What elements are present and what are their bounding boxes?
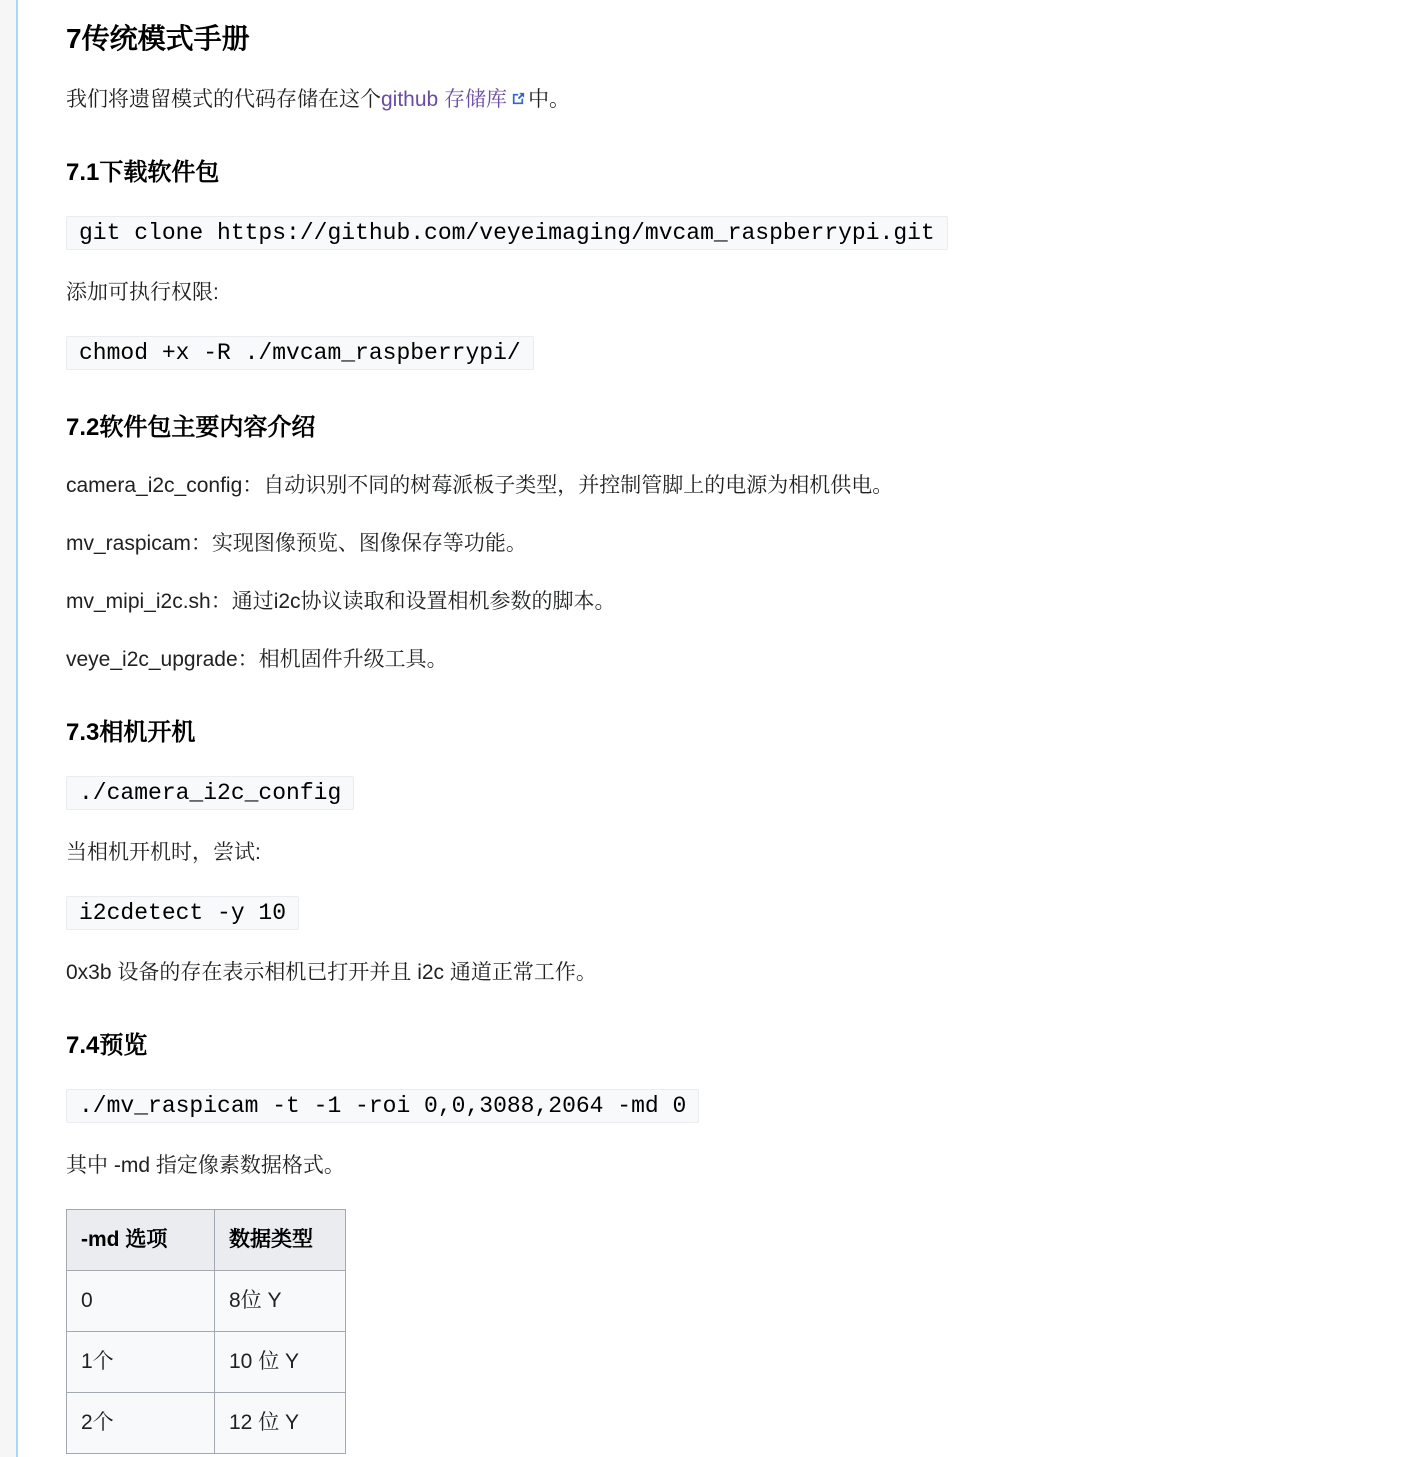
section-heading-7-1: 7.1下载软件包 — [66, 157, 1366, 188]
code-block-camera-config-wrap: ./camera_i2c_config — [66, 776, 1366, 810]
page-title: 7传统模式手册 — [66, 21, 1366, 57]
package-item-mv-raspicam: mv_raspicam：实现图像预览、图像保存等功能。 — [66, 529, 1366, 559]
code-block-git-clone-wrap: git clone https://github.com/veyeimaging… — [66, 216, 1366, 250]
code-block-chmod: chmod +x -R ./mvcam_raspberrypi/ — [66, 336, 534, 370]
section-heading-7-4: 7.4预览 — [66, 1030, 1366, 1061]
chmod-label: 添加可执行权限: — [66, 278, 1366, 308]
code-block-preview: ./mv_raspicam -t -1 -roi 0,0,3088,2064 -… — [66, 1089, 699, 1123]
table-header-data-type: 数据类型 — [215, 1210, 346, 1271]
table-cell-type-10bit: 10 位 Y — [215, 1332, 346, 1393]
external-link-icon — [510, 86, 526, 116]
intro-paragraph: 我们将遗留模式的代码存储在这个github 存储库 中。 — [66, 85, 1366, 115]
github-repo-link-label: github 存储库 — [381, 88, 507, 111]
table-cell-md-2: 2个 — [67, 1393, 215, 1454]
code-block-git-clone: git clone https://github.com/veyeimaging… — [66, 216, 948, 250]
content-left-rail — [0, 0, 18, 1457]
table-row: 0 8位 Y — [67, 1271, 346, 1332]
package-item-veye-i2c-upgrade: veye_i2c_upgrade：相机固件升级工具。 — [66, 645, 1366, 675]
table-cell-md-0: 0 — [67, 1271, 215, 1332]
table-row: 2个 12 位 Y — [67, 1393, 346, 1454]
article-content: 7传统模式手册 我们将遗留模式的代码存储在这个github 存储库 中。 7.1… — [18, 0, 1426, 1457]
package-item-mv-mipi-i2c: mv_mipi_i2c.sh：通过i2c协议读取和设置相机参数的脚本。 — [66, 587, 1366, 617]
github-repo-link[interactable]: github 存储库 — [381, 88, 528, 111]
package-item-camera-i2c-config: camera_i2c_config：自动识别不同的树莓派板子类型，并控制管脚上的… — [66, 471, 1366, 501]
page: 7传统模式手册 我们将遗留模式的代码存储在这个github 存储库 中。 7.1… — [0, 0, 1426, 1457]
section-heading-7-2: 7.2软件包主要内容介绍 — [66, 412, 1366, 443]
table-header-row: -md 选项 数据类型 — [67, 1210, 346, 1271]
code-block-i2cdetect: i2cdetect -y 10 — [66, 896, 299, 930]
camera-on-try-label: 当相机开机时，尝试: — [66, 838, 1366, 868]
code-block-preview-wrap: ./mv_raspicam -t -1 -roi 0,0,3088,2064 -… — [66, 1089, 1366, 1123]
table-cell-type-12bit: 12 位 Y — [215, 1393, 346, 1454]
code-block-camera-config: ./camera_i2c_config — [66, 776, 354, 810]
section-heading-7-3: 7.3相机开机 — [66, 717, 1366, 748]
intro-text-after: 中。 — [528, 88, 570, 111]
table-cell-md-1: 1个 — [67, 1332, 215, 1393]
i2c-result-text: 0x3b 设备的存在表示相机已打开并且 i2c 通道正常工作。 — [66, 958, 1366, 988]
md-format-text: 其中 -md 指定像素数据格式。 — [66, 1151, 1366, 1181]
md-options-table: -md 选项 数据类型 0 8位 Y 1个 10 位 Y 2个 12 位 Y — [66, 1209, 346, 1454]
table-header-md-option: -md 选项 — [67, 1210, 215, 1271]
intro-text-before: 我们将遗留模式的代码存储在这个 — [66, 88, 381, 111]
code-block-i2cdetect-wrap: i2cdetect -y 10 — [66, 896, 1366, 930]
table-row: 1个 10 位 Y — [67, 1332, 346, 1393]
table-cell-type-8bit: 8位 Y — [215, 1271, 346, 1332]
code-block-chmod-wrap: chmod +x -R ./mvcam_raspberrypi/ — [66, 336, 1366, 370]
